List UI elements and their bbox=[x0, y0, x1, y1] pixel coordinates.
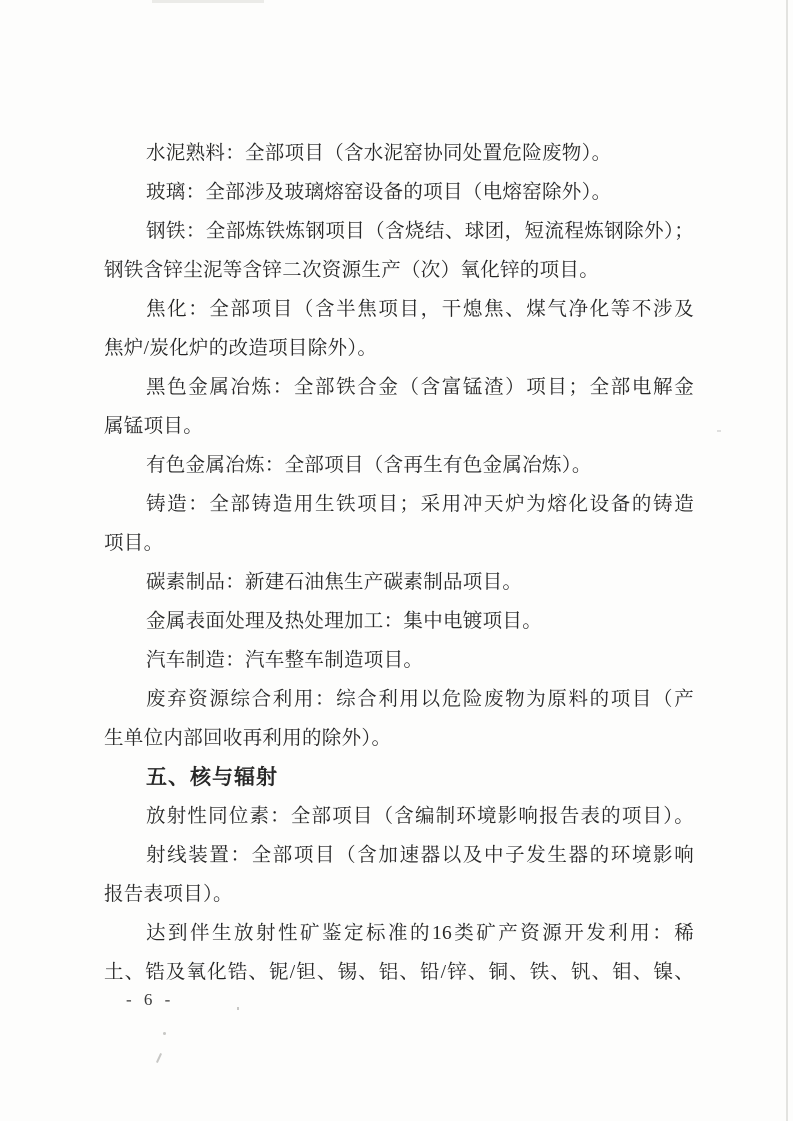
scan-smudge bbox=[152, 0, 264, 3]
text-line: 有色金属冶炼：全部项目（含再生有色金属冶炼）。 bbox=[104, 446, 694, 485]
text-line: 钢铁含锌尘泥等含锌二次资源生产（次）氧化锌的项目。 bbox=[104, 251, 694, 290]
text-line: 碳素制品：新建石油焦生产碳素制品项目。 bbox=[104, 563, 694, 602]
scan-speck bbox=[156, 1053, 162, 1063]
text-line: 土、锆及氧化锆、铌/钽、锡、铝、铅/锌、铜、铁、钒、钼、镍、 bbox=[104, 953, 694, 992]
text-line: 达到伴生放射性矿鉴定标准的16类矿产资源开发利用：稀 bbox=[104, 914, 694, 953]
text-line: 放射性同位素：全部项目（含编制环境影响报告表的项目）。 bbox=[104, 797, 694, 836]
scan-edge-line bbox=[786, 0, 788, 1121]
text-line: 铸造：全部铸造用生铁项目；采用冲天炉为熔化设备的铸造 bbox=[104, 485, 694, 524]
text-line: 焦化：全部项目（含半焦项目，干熄焦、煤气净化等不涉及 bbox=[104, 290, 694, 329]
text-line: 废弃资源综合利用：综合利用以危险废物为原料的项目（产 bbox=[104, 680, 694, 719]
text-line: 射线装置：全部项目（含加速器以及中子发生器的环境影响 bbox=[104, 836, 694, 875]
text-line: 金属表面处理及热处理加工：集中电镀项目。 bbox=[104, 602, 694, 641]
page-number: - 6 - bbox=[126, 990, 174, 1010]
text-line: 玻璃：全部涉及玻璃熔窑设备的项目（电熔窑除外）。 bbox=[104, 173, 694, 212]
text-line: 项目。 bbox=[104, 524, 694, 563]
text-line: 生单位内部回收再利用的除外）。 bbox=[104, 719, 694, 758]
text-line: 钢铁：全部炼铁炼钢项目（含烧结、球团，短流程炼钢除外）； bbox=[104, 212, 694, 251]
scan-speck bbox=[717, 430, 721, 432]
document-body: 水泥熟料：全部项目（含水泥窑协同处置危险废物）。玻璃：全部涉及玻璃熔窑设备的项目… bbox=[104, 134, 694, 992]
text-line: 汽车制造：汽车整车制造项目。 bbox=[104, 641, 694, 680]
text-line: 属锰项目。 bbox=[104, 407, 694, 446]
text-line: 水泥熟料：全部项目（含水泥窑协同处置危险废物）。 bbox=[104, 134, 694, 173]
text-line: 焦炉/炭化炉的改造项目除外）。 bbox=[104, 329, 694, 368]
document-page: 水泥熟料：全部项目（含水泥窑协同处置危险废物）。玻璃：全部涉及玻璃熔窑设备的项目… bbox=[0, 0, 793, 1121]
text-line: 报告表项目）。 bbox=[104, 875, 694, 914]
scan-speck bbox=[163, 1032, 166, 1035]
section-heading: 五、核与辐射 bbox=[104, 758, 694, 797]
text-line: 黑色金属冶炼：全部铁合金（含富锰渣）项目；全部电解金 bbox=[104, 368, 694, 407]
scan-speck bbox=[237, 1007, 239, 1010]
